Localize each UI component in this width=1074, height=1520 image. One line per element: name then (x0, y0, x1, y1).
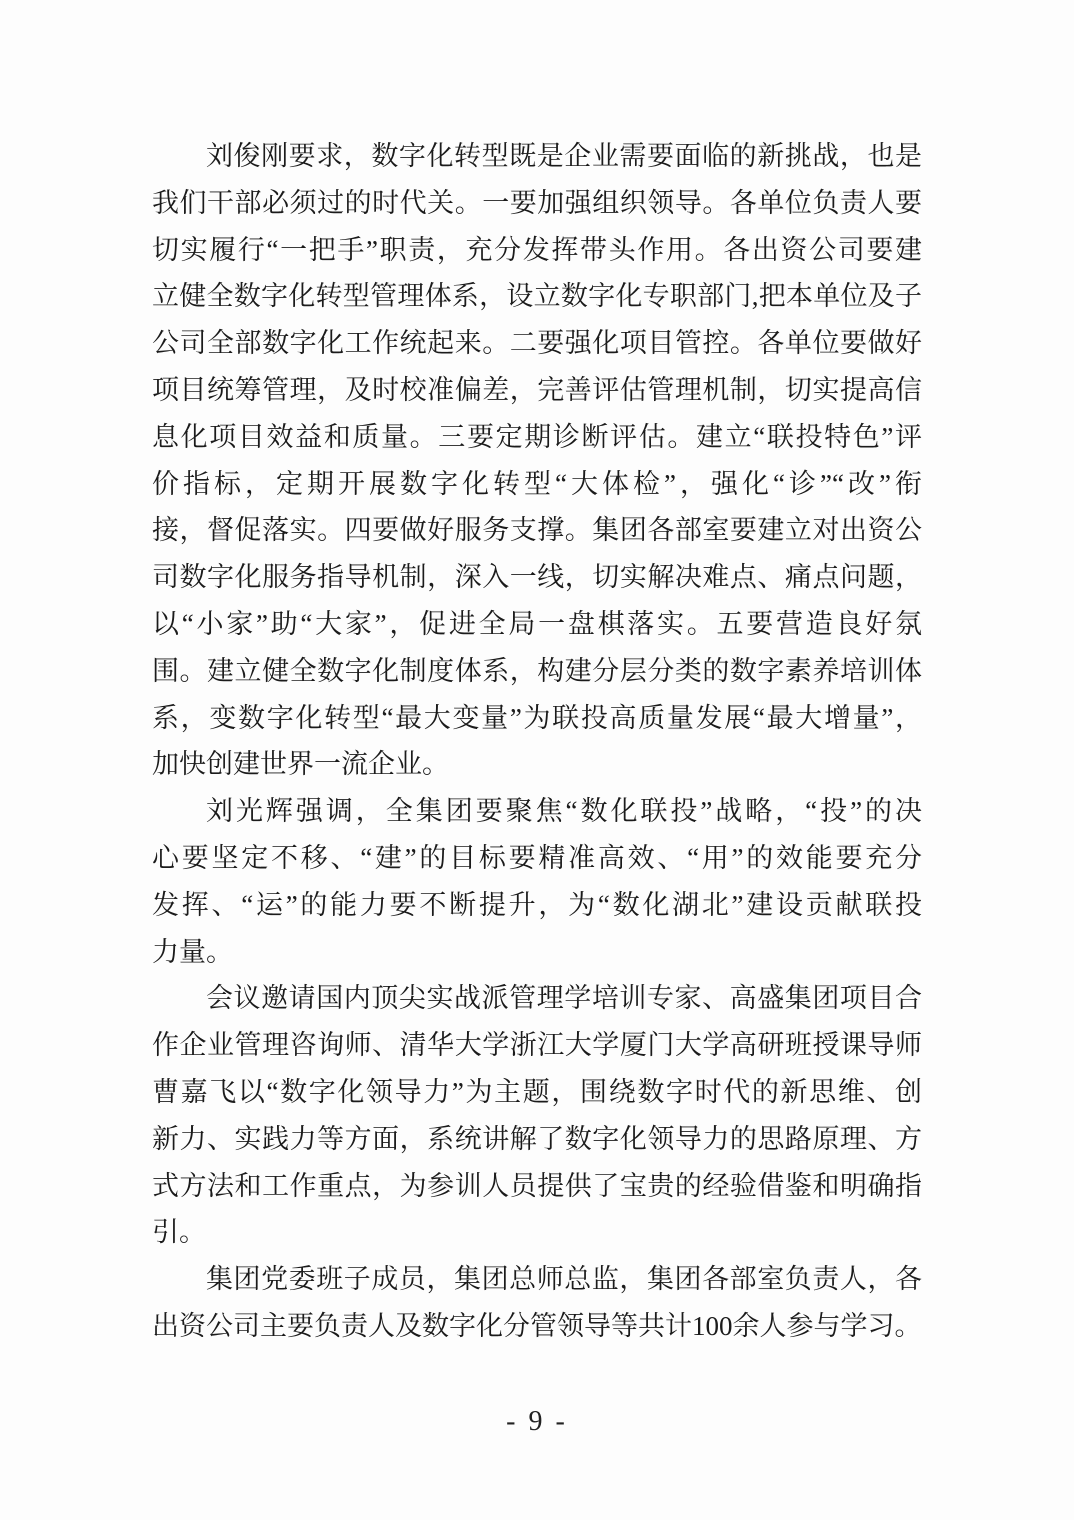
text-line: 刘俊刚要求，数字化转型既是企业需要面临的新挑战，也是 (152, 133, 922, 180)
text-line: 价指标，定期开展数字化转型“大体检”，强化“诊”“改”衔 (152, 461, 922, 508)
paragraph-2: 刘光辉强调，全集团要聚焦“数化联投”战略，“投”的决 心要坚定不移、“建”的目标… (152, 788, 922, 975)
text-line: 力量。 (152, 929, 922, 976)
text-line: 切实履行“一把手”职责，充分发挥带头作用。各出资公司要建 (152, 227, 922, 274)
text-line: 集团党委班子成员，集团总师总监，集团各部室负责人，各 (152, 1256, 922, 1303)
paragraph-4: 集团党委班子成员，集团总师总监，集团各部室负责人，各 出资公司主要负责人及数字化… (152, 1256, 922, 1350)
document-body: 刘俊刚要求，数字化转型既是企业需要面临的新挑战，也是 我们干部必须过的时代关。一… (152, 133, 922, 1350)
text-line: 新力、实践力等方面，系统讲解了数字化领导力的思路原理、方 (152, 1116, 922, 1163)
text-line: 立健全数字化转型管理体系，设立数字化专职部门,把本单位及子 (152, 273, 922, 320)
text-line: 系，变数字化转型“最大变量”为联投高质量发展“最大增量”， (152, 695, 922, 742)
text-line: 发挥、“运”的能力要不断提升，为“数化湖北”建设贡献联投 (152, 882, 922, 929)
paragraph-1: 刘俊刚要求，数字化转型既是企业需要面临的新挑战，也是 我们干部必须过的时代关。一… (152, 133, 922, 788)
text-line: 围。建立健全数字化制度体系，构建分层分类的数字素养培训体 (152, 648, 922, 695)
text-line: 加快创建世界一流企业。 (152, 741, 922, 788)
text-line: 作企业管理咨询师、清华大学浙江大学厦门大学高研班授课导师 (152, 1022, 922, 1069)
text-line: 司数字化服务指导机制，深入一线，切实解决难点、痛点问题， (152, 554, 922, 601)
text-line: 以“小家”助“大家”，促进全局一盘棋落实。五要营造良好氛 (152, 601, 922, 648)
text-line: 引。 (152, 1209, 922, 1256)
text-line: 会议邀请国内顶尖实战派管理学培训专家、高盛集团项目合 (152, 975, 922, 1022)
page-number: - 9 - (0, 1406, 1074, 1438)
paragraph-3: 会议邀请国内顶尖实战派管理学培训专家、高盛集团项目合 作企业管理咨询师、清华大学… (152, 975, 922, 1256)
text-line: 曹嘉飞以“数字化领导力”为主题，围绕数字时代的新思维、创 (152, 1069, 922, 1116)
text-line: 出资公司主要负责人及数字化分管领导等共计100余人参与学习。 (152, 1303, 922, 1350)
text-line: 项目统筹管理，及时校准偏差，完善评估管理机制，切实提高信 (152, 367, 922, 414)
text-line: 我们干部必须过的时代关。一要加强组织领导。各单位负责人要 (152, 180, 922, 227)
text-line: 息化项目效益和质量。三要定期诊断评估。建立“联投特色”评 (152, 414, 922, 461)
text-line: 式方法和工作重点，为参训人员提供了宝贵的经验借鉴和明确指 (152, 1163, 922, 1210)
text-line: 刘光辉强调，全集团要聚焦“数化联投”战略，“投”的决 (152, 788, 922, 835)
text-line: 心要坚定不移、“建”的目标要精准高效、“用”的效能要充分 (152, 835, 922, 882)
document-page: 刘俊刚要求，数字化转型既是企业需要面临的新挑战，也是 我们干部必须过的时代关。一… (0, 0, 1074, 1520)
text-line: 公司全部数字化工作统起来。二要强化项目管控。各单位要做好 (152, 320, 922, 367)
text-line: 接，督促落实。四要做好服务支撑。集团各部室要建立对出资公 (152, 507, 922, 554)
